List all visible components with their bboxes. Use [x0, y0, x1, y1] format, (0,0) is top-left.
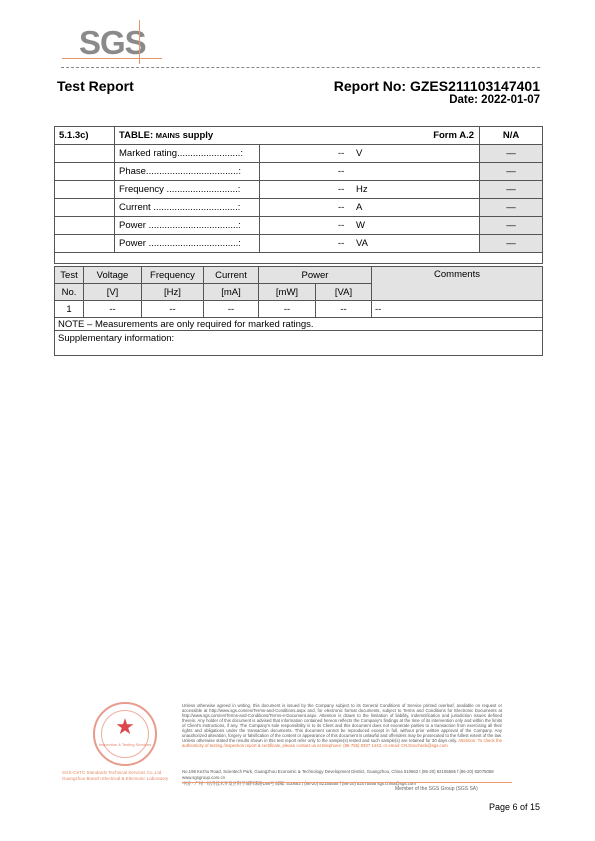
comments-value: --	[372, 301, 543, 318]
legal-disclaimer: Unless otherwise agreed in writing, this…	[182, 703, 502, 748]
header-power: Power	[259, 267, 372, 284]
value-text: --	[338, 220, 356, 231]
row-value: --A	[260, 199, 480, 217]
empty-cell	[55, 235, 115, 253]
empty-cell	[55, 163, 115, 181]
value-text: --	[338, 184, 356, 195]
report-number: Report No: GZES211103147401	[334, 78, 540, 94]
row-value: --W	[260, 217, 480, 235]
table-title: TABLE: Mains supply Form A.2	[115, 127, 480, 145]
table-row: Power ..................................…	[55, 235, 543, 253]
row-value: --VA	[260, 235, 480, 253]
clause-number: 5.1.3c)	[55, 127, 115, 145]
voltage-value: --	[84, 301, 142, 318]
header-comments: Comments	[372, 267, 543, 301]
test-no: 1	[55, 301, 84, 318]
value-text: --	[338, 238, 356, 249]
header-frequency: Frequency	[142, 267, 204, 284]
row-verdict: —	[480, 181, 543, 199]
mains-supply-table: 5.1.3c) TABLE: Mains supply Form A.2 N/A…	[54, 126, 543, 264]
document-title: Test Report	[57, 78, 134, 94]
table-row: Marked rating........................: -…	[55, 145, 543, 163]
current-value: --	[204, 301, 259, 318]
measurements-table: Test Voltage Frequency Current Power Com…	[54, 266, 543, 356]
empty-cell	[55, 145, 115, 163]
company-seal: ★ Inspection & Testing Services	[93, 702, 157, 766]
row-label: Phase...................................…	[115, 163, 260, 181]
row-verdict: —	[480, 235, 543, 253]
note-row: NOTE – Measurements are only required fo…	[55, 318, 543, 331]
row-label: Power ..................................…	[115, 235, 260, 253]
row-label: Power ..................................…	[115, 217, 260, 235]
disclaimer-text: Unless otherwise agreed in writing, this…	[182, 703, 502, 743]
table-title-suffix: supply	[180, 130, 213, 141]
page-number: Page 6 of 15	[489, 802, 540, 812]
unit-frequency: [Hz]	[142, 284, 204, 301]
table-row: Phase...................................…	[55, 163, 543, 181]
measurements-header-row: Test Voltage Frequency Current Power Com…	[55, 267, 543, 284]
unit-current: [mA]	[204, 284, 259, 301]
empty-cell	[55, 199, 115, 217]
unit-voltage: [V]	[84, 284, 142, 301]
header-voltage: Voltage	[84, 267, 142, 284]
address-block: No.198 Kezhu Road, Scientech Park, Guang…	[182, 769, 512, 787]
unit-text: VA	[356, 238, 368, 249]
power-va-value: --	[316, 301, 372, 318]
unit-power-va: [VA]	[316, 284, 372, 301]
value-text: --	[338, 202, 356, 213]
report-date: Date: 2022-01-07	[449, 94, 540, 106]
verdict-header: N/A	[480, 127, 543, 145]
table-row: Power ..................................…	[55, 217, 543, 235]
table-title-prefix: TABLE:	[119, 130, 156, 141]
row-label: Current ................................…	[115, 199, 260, 217]
note-text: NOTE – Measurements are only required fo…	[55, 318, 543, 331]
value-text: --	[338, 166, 356, 177]
row-verdict: —	[480, 163, 543, 181]
row-value: --	[260, 163, 480, 181]
table-row: Current ................................…	[55, 199, 543, 217]
row-verdict: —	[480, 217, 543, 235]
header-divider	[61, 67, 540, 68]
seal-company-text: SGS-CSTC Standards Technical Services Co…	[62, 770, 180, 782]
unit-text: W	[356, 220, 365, 231]
supplementary-row: Supplementary information:	[55, 331, 543, 356]
sgs-logo: SGS	[62, 20, 162, 64]
spacer-cell	[55, 253, 543, 264]
unit-text: Hz	[356, 184, 368, 195]
supplementary-text: Supplementary information:	[55, 331, 543, 356]
unit-power-mw: [mW]	[259, 284, 316, 301]
row-label: Marked rating........................:	[115, 145, 260, 163]
unit-text: A	[356, 202, 362, 213]
logo-text: SGS	[79, 24, 146, 62]
row-verdict: —	[480, 199, 543, 217]
value-text: --	[338, 148, 356, 159]
member-text: Member of the SGS Group (SGS SA)	[395, 786, 478, 792]
address-english: No.198 Kezhu Road, Scientech Park, Guang…	[182, 769, 512, 781]
row-label: Frequency ...........................:	[115, 181, 260, 199]
empty-cell	[55, 217, 115, 235]
footer-divider	[182, 782, 512, 783]
power-mw-value: --	[259, 301, 316, 318]
seal-label: Inspection & Testing Services	[95, 742, 155, 747]
form-label: Form A.2	[433, 130, 474, 141]
logo-accent-horizontal	[62, 58, 162, 59]
row-value: --V	[260, 145, 480, 163]
star-icon: ★	[95, 716, 155, 738]
unit-text: V	[356, 148, 362, 159]
header-test: Test	[55, 267, 84, 284]
table-title-smallcaps: Mains	[156, 131, 180, 140]
header-current: Current	[204, 267, 259, 284]
frequency-value: --	[142, 301, 204, 318]
header-no: No.	[55, 284, 84, 301]
spacer-row	[55, 253, 543, 264]
table-row: 1 -- -- -- -- -- --	[55, 301, 543, 318]
row-verdict: —	[480, 145, 543, 163]
table-header-row: 5.1.3c) TABLE: Mains supply Form A.2 N/A	[55, 127, 543, 145]
table-row: Frequency ...........................: -…	[55, 181, 543, 199]
empty-cell	[55, 181, 115, 199]
row-value: --Hz	[260, 181, 480, 199]
